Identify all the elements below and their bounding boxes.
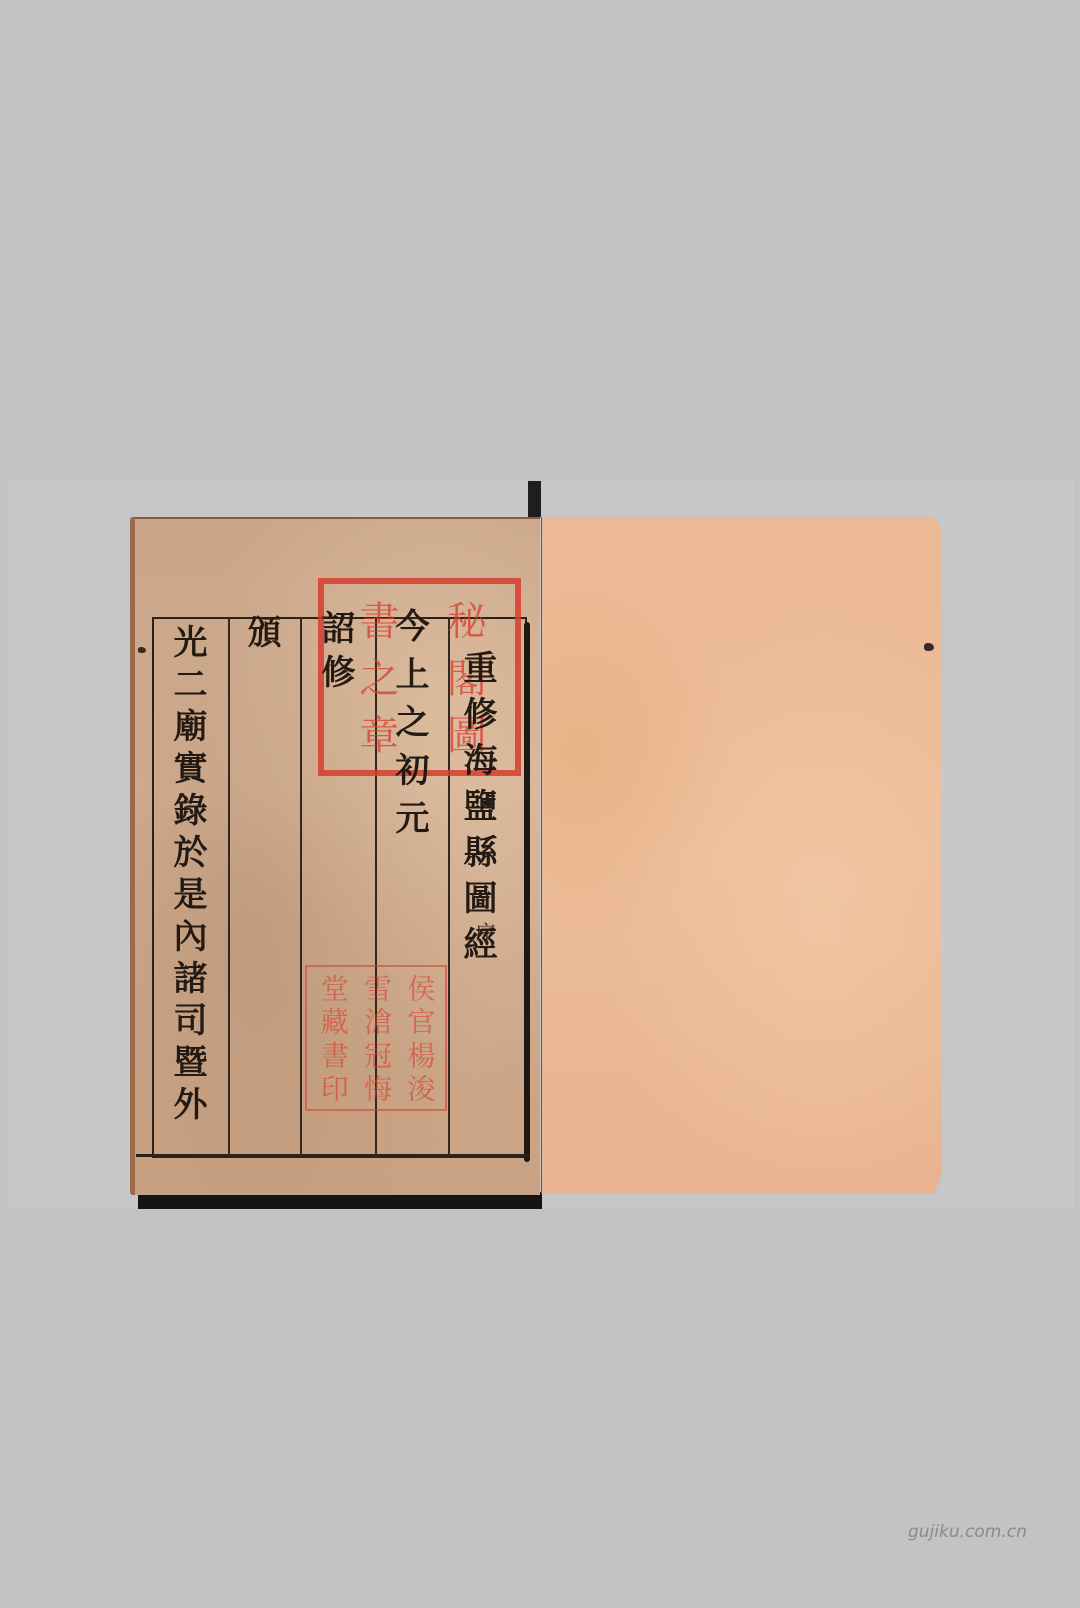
tear-mark: [924, 643, 934, 651]
text-column-4: 頒: [244, 614, 278, 656]
seal-char: 雪: [354, 971, 397, 1005]
seal-char: 侯: [398, 971, 441, 1005]
preface-note: 序: [470, 922, 499, 942]
text-column-5: 光二廟實錄於是內諸司暨外: [170, 624, 204, 1128]
seal-char: 官: [398, 1005, 441, 1039]
seal-char: 冠: [354, 1038, 397, 1072]
seal-char: 楊: [398, 1038, 441, 1072]
site-watermark: gujiku.com.cn: [908, 1522, 1027, 1542]
seal-char: 悔: [354, 1072, 397, 1106]
frame-edge: [524, 622, 530, 1162]
column-rule: [228, 617, 230, 1158]
seal-char: 書: [311, 1038, 354, 1072]
seal-char: 印: [311, 1072, 354, 1106]
column-rule: [300, 617, 302, 1158]
text-column-3: 詔修: [318, 610, 352, 698]
seal-char: 藏: [311, 1005, 354, 1039]
red-seal-bottom: 侯 官 楊 浚 雪 滄 冠 悔 堂 藏 書 印: [305, 965, 447, 1111]
text-column-2: 今上之初元: [392, 608, 426, 848]
seal-char: 堂: [311, 971, 354, 1005]
book-spine-top: [528, 481, 541, 517]
tear-mark: [138, 647, 146, 653]
seal-char: 滄: [354, 1005, 397, 1039]
frame-bottom-rule: [136, 1154, 530, 1157]
seal-char: 浚: [398, 1072, 441, 1106]
right-page: [541, 517, 942, 1194]
seal-char: 秘: [420, 592, 508, 649]
